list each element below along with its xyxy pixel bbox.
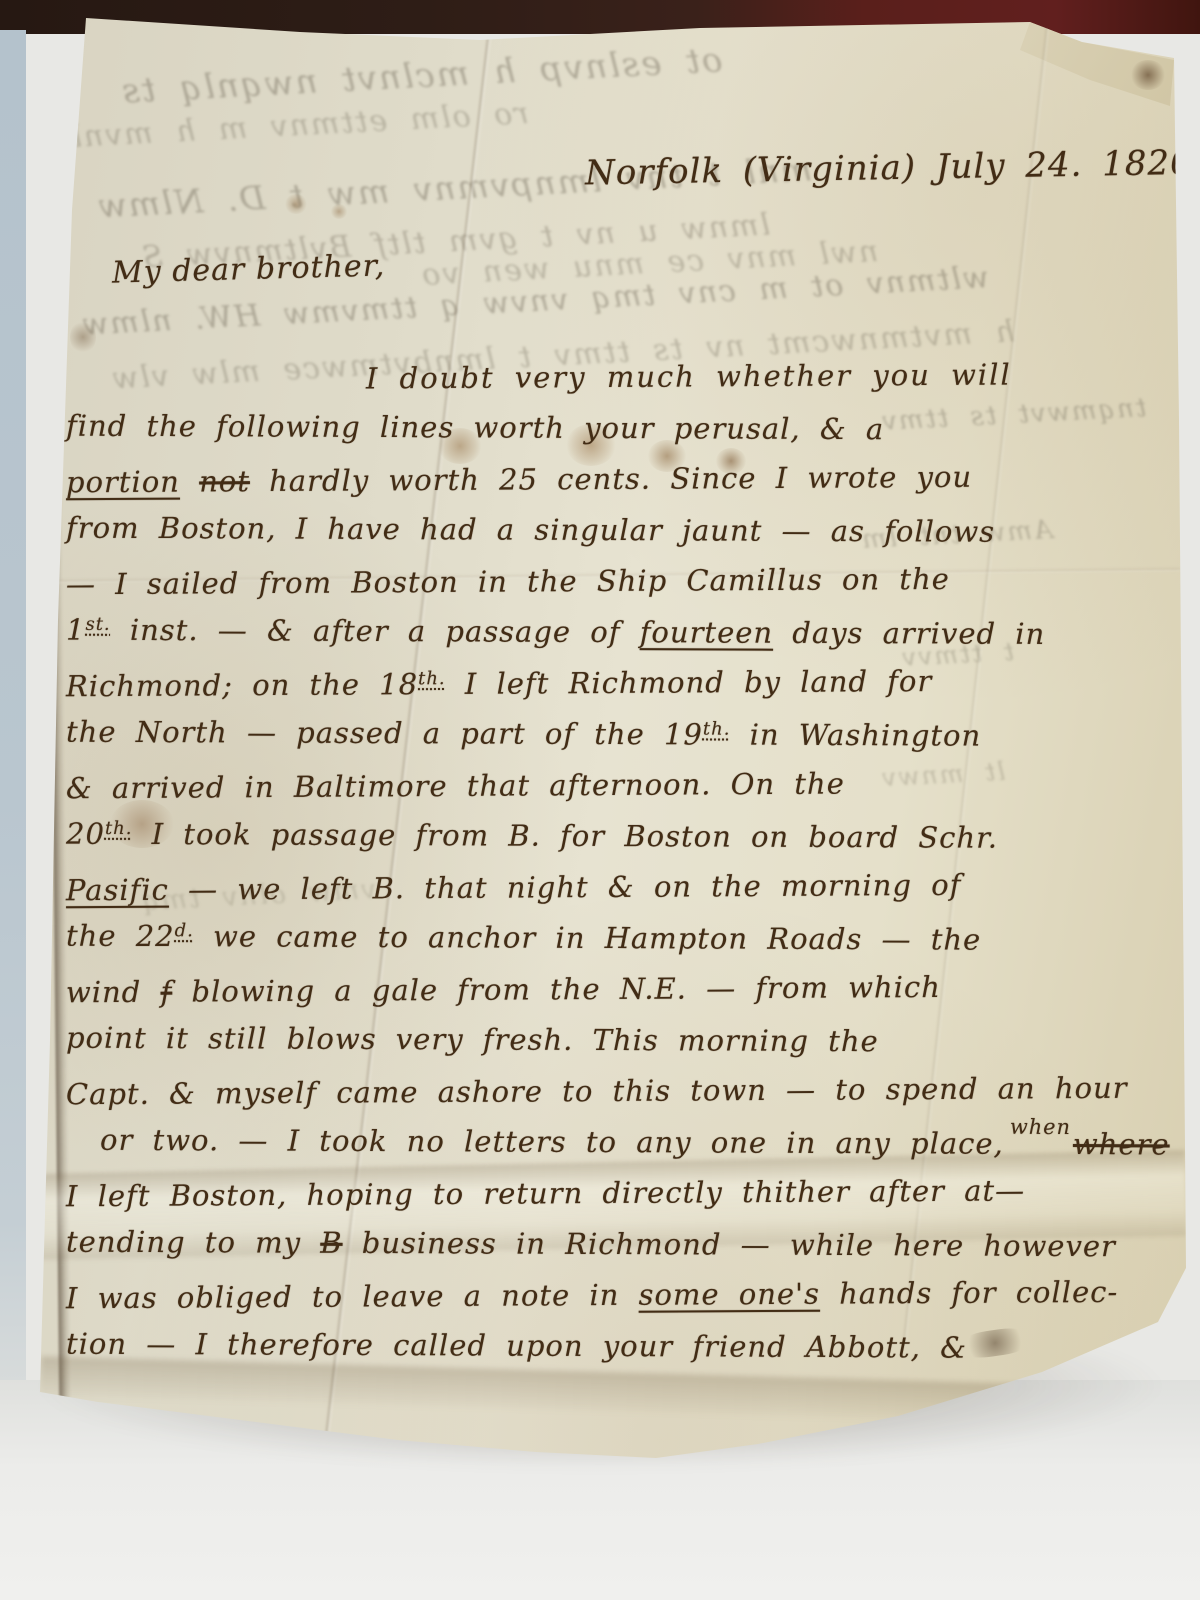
letter-line: 20th. I took passage from B. for Boston … bbox=[66, 817, 1146, 873]
letter-line: I left Boston, hoping to return directly… bbox=[66, 1173, 1146, 1231]
letter-text-segment: or two. — I took no letters to any one i… bbox=[100, 1123, 1004, 1161]
letter-text-segment: th. bbox=[703, 719, 731, 740]
letter-text-segment: & arrived in Baltimore that afternoon. O… bbox=[66, 767, 845, 806]
letter-text-segment: the 22 bbox=[66, 919, 175, 953]
letter-line: Capt. & myself came ashore to this town … bbox=[66, 1071, 1146, 1129]
letter-line: point it still blows very fresh. This mo… bbox=[66, 1021, 1146, 1077]
letter-paper: ot eslnvp h mclnvt nwqnlq tsro olm ettmn… bbox=[0, 0, 1200, 1600]
letter-text-segment: I doubt very much whether you will bbox=[366, 358, 1012, 396]
letter-text-segment: some one's bbox=[638, 1277, 820, 1312]
letter-text-segment: hardly worth 25 cents. Since I wrote you bbox=[250, 460, 972, 498]
letter-text-segment: fourteen bbox=[640, 615, 774, 650]
letter-text-segment: f bbox=[160, 975, 172, 1009]
letter-line: the North — passed a part of the 19th. i… bbox=[66, 715, 1146, 771]
letter-line: the 22d. we came to anchor in Hampton Ro… bbox=[66, 919, 1146, 975]
letter-text-segment: wind bbox=[66, 975, 161, 1010]
letter-text-segment: in Washington bbox=[730, 718, 981, 753]
letter-salutation: My dear brother, bbox=[112, 248, 386, 290]
letter-line: Pasific — we left B. that night & on the… bbox=[66, 867, 1146, 925]
letter-line: — I sailed from Boston in the Ship Camil… bbox=[66, 561, 1146, 619]
letter-text-segment: from Boston, I have had a singular jaunt… bbox=[66, 511, 995, 549]
letter-text-segment: inst. — & after a passage of bbox=[111, 613, 640, 649]
letter-text-segment: the North — passed a part of the 19 bbox=[66, 715, 703, 752]
letter-line: tending to my B business in Richmond — w… bbox=[66, 1225, 1146, 1281]
letter-line: tion — I therefore called upon your frie… bbox=[66, 1327, 1146, 1383]
letter-line: & arrived in Baltimore that afternoon. O… bbox=[66, 765, 1146, 823]
letter-text-segment: Pasific bbox=[66, 873, 169, 908]
background-blue-strip bbox=[0, 30, 26, 1430]
letter-text-segment: I left Boston, hoping to return directly… bbox=[66, 1173, 1025, 1213]
letter-text-segment: hands for collec- bbox=[820, 1275, 1118, 1311]
letter-text-segment: I was obliged to leave a note in bbox=[66, 1278, 639, 1315]
letter-text-segment: when bbox=[1010, 1115, 1071, 1139]
letter-text-segment: point it still blows very fresh. This mo… bbox=[66, 1021, 879, 1059]
letter-line: Richmond; on the 18th. I left Richmond b… bbox=[66, 663, 1146, 721]
letter-text-segment: d. bbox=[175, 920, 194, 941]
photo-of-letter: { "letter": { "dateline": "Norfolk (Virg… bbox=[0, 0, 1200, 1600]
letter-text-segment: I left Richmond by land for bbox=[446, 664, 933, 701]
letter-text-segment: Richmond; on the 18 bbox=[66, 667, 418, 703]
letter-text-segment: find the following lines worth your peru… bbox=[66, 409, 884, 447]
letter-text-segment: blowing a gale from the N.E. — from whic… bbox=[172, 970, 941, 1009]
letter-text-segment: — I sailed from Boston in the Ship Camil… bbox=[66, 562, 950, 601]
letter-line: from Boston, I have had a singular jaunt… bbox=[66, 511, 1146, 567]
letter-text-segment: — we left B. that night & on the morning… bbox=[169, 868, 962, 907]
letter-text-segment: business in Richmond — while here howeve… bbox=[343, 1226, 1116, 1263]
letter-text-segment: portion bbox=[66, 465, 180, 500]
letter-text-segment: st. bbox=[85, 614, 110, 635]
letter-text-segment: tending to my bbox=[66, 1225, 320, 1260]
letter-line: I doubt very much whether you will bbox=[66, 357, 1146, 415]
letter-text-segment: tion — I therefore called upon your frie… bbox=[66, 1327, 967, 1365]
letter-text-segment: I took passage from B. for Boston on boa… bbox=[132, 817, 998, 855]
letter-text-segment: 1 bbox=[66, 613, 86, 647]
letter-text-segment bbox=[180, 464, 199, 498]
letter-text-segment: where bbox=[1073, 1127, 1170, 1161]
letter-text-segment: th. bbox=[105, 818, 133, 839]
letter-line: I was obliged to leave a note in some on… bbox=[66, 1275, 1146, 1333]
letter-line: or two. — I took no letters to any one i… bbox=[66, 1123, 1146, 1179]
letter-line: wind f blowing a gale from the N.E. — fr… bbox=[66, 969, 1146, 1027]
letter-text-segment: 20 bbox=[66, 817, 105, 851]
letter-text-segment: th. bbox=[418, 668, 446, 689]
letter-text-segment: days arrived in bbox=[773, 616, 1045, 651]
letter-text-segment: we came to anchor in Hampton Roads — the bbox=[194, 919, 982, 956]
letter-line: find the following lines worth your peru… bbox=[66, 409, 1146, 465]
letter-line: portion not hardly worth 25 cents. Since… bbox=[66, 459, 1146, 517]
letter-text-segment: B bbox=[320, 1226, 342, 1260]
letter-text-segment: not bbox=[199, 464, 250, 498]
letter-line: 1st. inst. — & after a passage of fourte… bbox=[66, 613, 1146, 669]
letter-body: I doubt very much whether you willfind t… bbox=[66, 360, 1146, 1380]
letter-text-segment: Capt. & myself came ashore to this town … bbox=[66, 1071, 1128, 1111]
